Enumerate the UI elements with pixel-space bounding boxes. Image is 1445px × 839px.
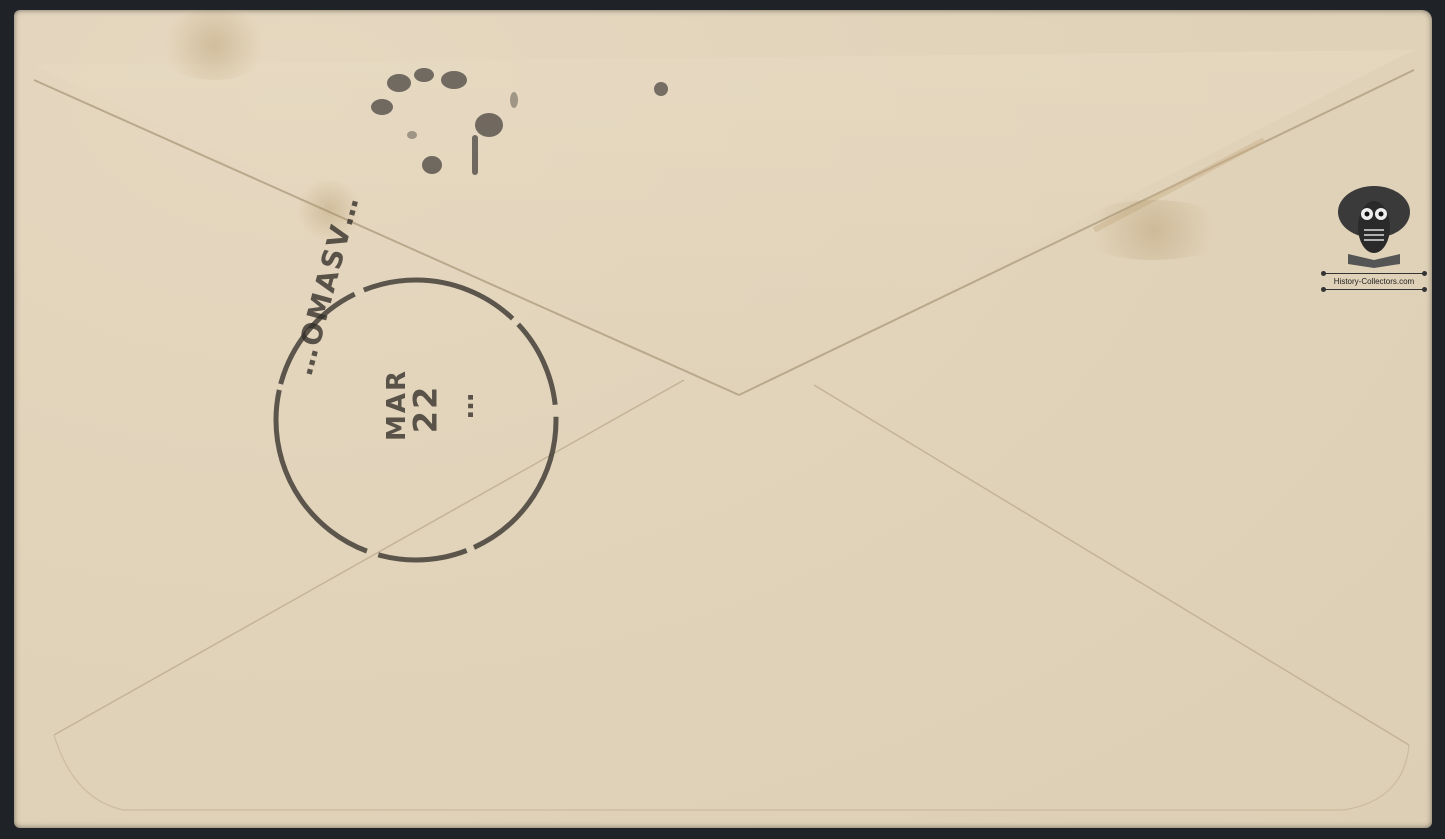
flap-handstamp-mark <box>364 45 534 185</box>
watermark-logo: History-Collectors.com <box>1316 182 1432 302</box>
photo-stage: …OMASV… MAR 22 … History- <box>0 0 1445 839</box>
age-stain <box>154 10 274 80</box>
watermark-divider <box>1324 289 1424 290</box>
circular-postmark: …OMASV… MAR 22 … <box>266 270 566 570</box>
envelope-fold-lines <box>14 10 1432 828</box>
ink-speck <box>654 82 668 96</box>
age-stain <box>1074 200 1234 260</box>
owl-on-book-icon <box>1334 182 1414 270</box>
postmark-day: 22 <box>406 385 444 434</box>
watermark-divider <box>1324 273 1424 274</box>
watermark-text: History-Collectors.com <box>1334 277 1414 286</box>
postmark-year: … <box>450 391 480 419</box>
envelope-back: …OMASV… MAR 22 … History- <box>14 10 1432 828</box>
